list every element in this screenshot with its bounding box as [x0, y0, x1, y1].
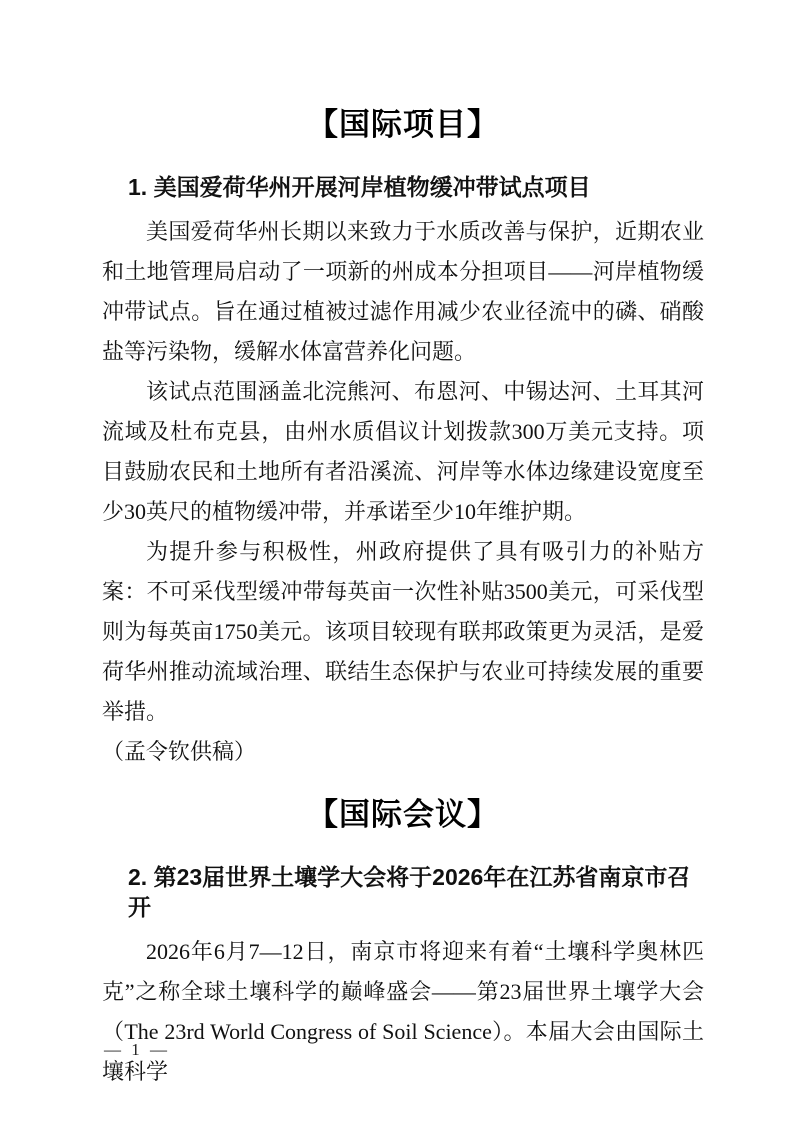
section-title-international-projects: 【国际项目】 [102, 104, 704, 146]
article-1-paragraph-2: 该试点范围涵盖北浣熊河、布恩河、中锡达河、土耳其河流域及杜布克县，由州水质倡议计… [102, 372, 704, 532]
article-1-paragraph-3: 为提升参与积极性，州政府提供了具有吸引力的补贴方案：不可采伐型缓冲带每英亩一次性… [102, 532, 704, 732]
document-page: 【国际项目】 1. 美国爱荷华州开展河岸植物缓冲带试点项目 美国爱荷华州长期以来… [0, 0, 800, 1132]
page-content: 【国际项目】 1. 美国爱荷华州开展河岸植物缓冲带试点项目 美国爱荷华州长期以来… [102, 0, 704, 1092]
page-number: — 1 — [104, 1040, 170, 1060]
article-1-byline: （孟令钦供稿） [102, 732, 704, 772]
article-2-heading: 2. 第23届世界土壤学大会将于2026年在江苏省南京市召开 [102, 862, 704, 922]
article-1-heading: 1. 美国爱荷华州开展河岸植物缓冲带试点项目 [102, 172, 704, 202]
article-2-paragraph-1: 2026年6月7—12日，南京市将迎来有着“土壤科学奥林匹克”之称全球土壤科学的… [102, 932, 704, 1092]
article-1-paragraph-1: 美国爱荷华州长期以来致力于水质改善与保护，近期农业和土地管理局启动了一项新的州成… [102, 212, 704, 372]
section-title-international-conferences: 【国际会议】 [102, 794, 704, 836]
